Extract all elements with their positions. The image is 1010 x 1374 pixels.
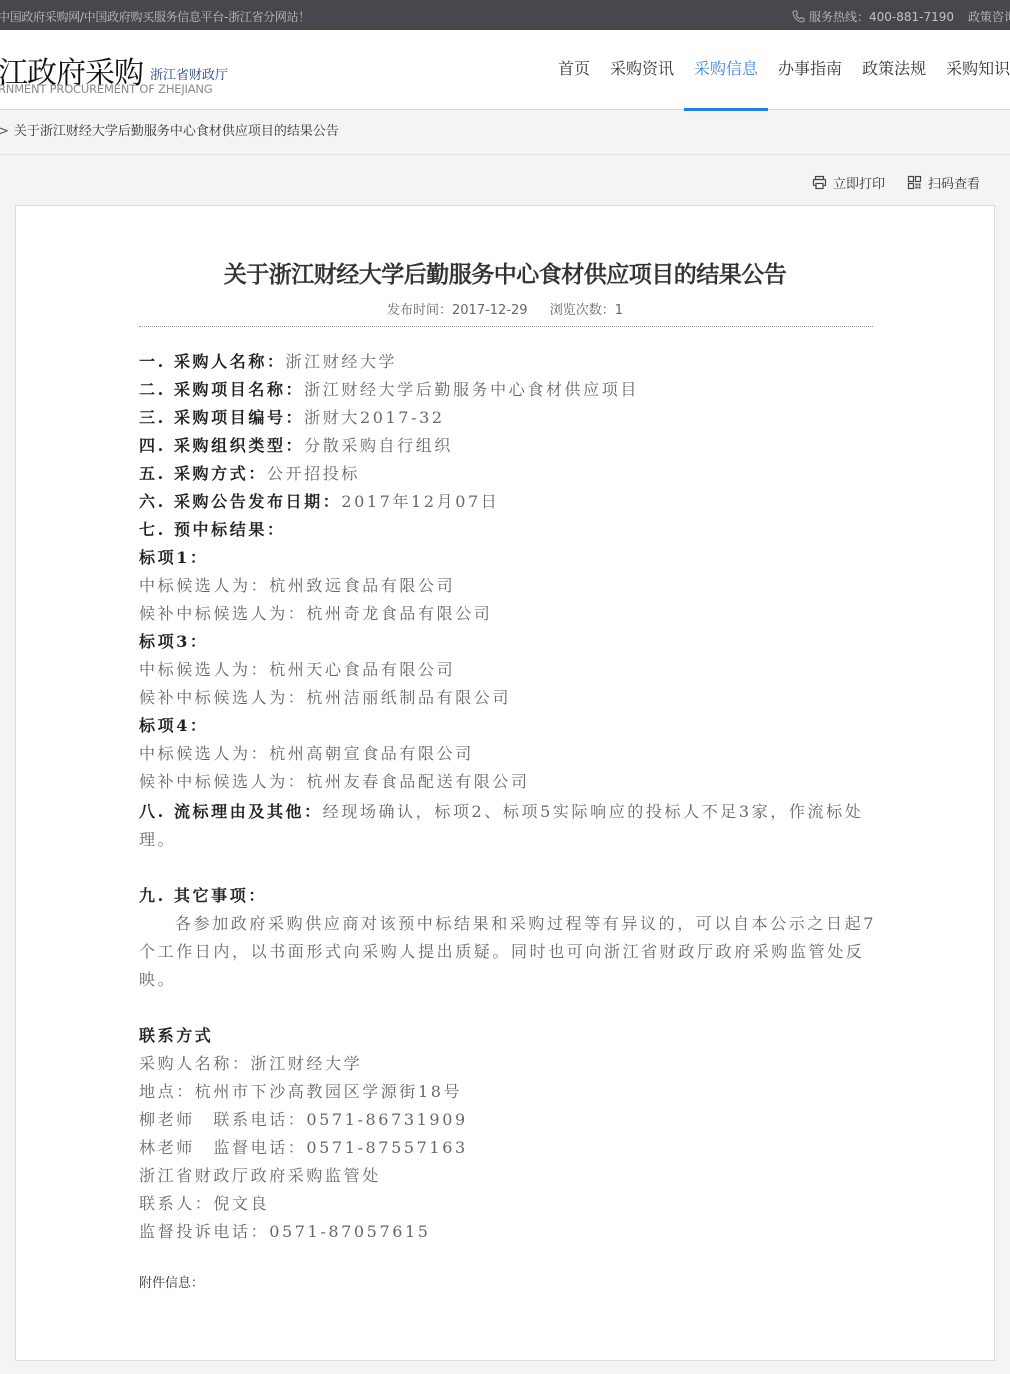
section-label: 三. 采购项目编号： <box>139 408 304 427</box>
section-value: 浙江财经大学后勤服务中心食材供应项目 <box>304 380 639 399</box>
section-label: 五. 采购方式： <box>139 464 267 483</box>
article-body: 一. 采购人名称：浙江财经大学 二. 采购项目名称：浙江财经大学后勤服务中心食材… <box>139 348 879 1246</box>
section-label: 六. 采购公告发布日期： <box>139 492 341 511</box>
article-title: 关于浙江财经大学后勤服务中心食材供应项目的结果公告 <box>16 256 994 289</box>
site-slogan: 中国政府采购网/中国政府购买服务信息平台-浙江省分网站！ <box>0 8 310 25</box>
article-tools: 立即打印 扫码查看 <box>790 173 980 192</box>
article-meta: 发布时间：2017-12-29 浏览次数：1 <box>16 299 994 318</box>
section-other-value: 各参加政府采购供应商对该预中标结果和采购过程等有异议的，可以自本公示之日起7个工… <box>139 910 879 994</box>
lot-label: 标项4： <box>139 712 879 740</box>
breadcrumb-separator: > <box>0 124 9 139</box>
hotline-text: 服务热线：400-881-7190 <box>809 8 954 25</box>
view-count: 浏览次数：1 <box>550 303 623 318</box>
contact-line: 联系人：倪文良 <box>139 1190 879 1218</box>
section-label: 二. 采购项目名称： <box>139 380 304 399</box>
section-label: 一. 采购人名称： <box>139 352 286 371</box>
qrcode-icon <box>907 175 922 190</box>
lot-label: 标项1： <box>139 544 879 572</box>
nav-item-news[interactable]: 采购资讯 <box>600 30 684 110</box>
lot-alternate: 候补中标候选人为：杭州奇龙食品有限公司 <box>139 600 879 628</box>
section-label: 七. 预中标结果： <box>139 520 286 539</box>
contact-line: 采购人名称：浙江财经大学 <box>139 1050 879 1078</box>
policy-consult-link[interactable]: 政策咨询 <box>968 8 1010 25</box>
publish-time: 发布时间：2017-12-29 <box>387 303 528 318</box>
section-purchaser: 一. 采购人名称：浙江财经大学 <box>139 348 879 376</box>
qrcode-button[interactable]: 扫码查看 <box>907 173 980 192</box>
qrcode-label: 扫码查看 <box>928 173 980 192</box>
contact-line: 林老师 监督电话：0571-87557163 <box>139 1134 879 1162</box>
lot-winner: 中标候选人为：杭州高朝宣食品有限公司 <box>139 740 879 768</box>
nav-item-knowledge[interactable]: 采购知识 <box>936 30 1010 110</box>
section-label: 四. 采购组织类型： <box>139 436 304 455</box>
printer-icon <box>812 175 827 190</box>
section-value: 分散采购自行组织 <box>304 436 453 455</box>
nav-item-procurement-info[interactable]: 采购信息 <box>684 30 768 110</box>
site-header: 江政府采购 浙江省财政厅 RNMENT PROCUREMENT OF ZHEJI… <box>0 30 1010 110</box>
lot-alternate: 候补中标候选人为：杭州洁丽纸制品有限公司 <box>139 684 879 712</box>
contact-line: 柳老师 联系电话：0571-86731909 <box>139 1106 879 1134</box>
section-value: 浙江财经大学 <box>286 352 398 371</box>
section-project-name: 二. 采购项目名称：浙江财经大学后勤服务中心食材供应项目 <box>139 376 879 404</box>
contact-line: 地点：杭州市下沙高教园区学源街18号 <box>139 1078 879 1106</box>
phone-icon <box>792 10 805 23</box>
section-publish-date: 六. 采购公告发布日期：2017年12月07日 <box>139 488 879 516</box>
print-label: 立即打印 <box>833 173 885 192</box>
section-value: 2017年12月07日 <box>341 492 499 511</box>
section-org-type: 四. 采购组织类型：分散采购自行组织 <box>139 432 879 460</box>
contact-line: 监督投诉电话：0571-87057615 <box>139 1218 879 1246</box>
section-value: 浙财大2017-32 <box>304 408 444 427</box>
contact-line: 浙江省财政厅政府采购监管处 <box>139 1162 879 1190</box>
section-other-label: 九. 其它事项： <box>139 882 879 910</box>
section-value: 公开招投标 <box>267 464 360 483</box>
print-button[interactable]: 立即打印 <box>812 173 885 192</box>
section-label: 八. 流标理由及其他： <box>139 802 323 821</box>
lot-label: 标项3： <box>139 628 879 656</box>
contact-heading: 联系方式 <box>139 1022 879 1050</box>
nav-item-home[interactable]: 首页 <box>548 30 600 110</box>
topbar-right: 服务热线：400-881-7190 政策咨询 <box>792 8 1010 25</box>
main-nav: 首页 采购资讯 采购信息 办事指南 政策法规 采购知识 <box>548 30 1010 110</box>
title-divider <box>139 326 873 327</box>
lot-winner: 中标候选人为：杭州致远食品有限公司 <box>139 572 879 600</box>
lot-winner: 中标候选人为：杭州天心食品有限公司 <box>139 656 879 684</box>
section-method: 五. 采购方式：公开招投标 <box>139 460 879 488</box>
top-bar: 中国政府采购网/中国政府购买服务信息平台-浙江省分网站！ 服务热线：400-88… <box>0 0 1010 30</box>
nav-item-guide[interactable]: 办事指南 <box>768 30 852 110</box>
logo-english: RNMENT PROCUREMENT OF ZHEJIANG <box>0 82 213 96</box>
breadcrumb: >关于浙江财经大学后勤服务中心食材供应项目的结果公告 <box>0 111 1010 155</box>
attachment-label: 附件信息： <box>139 1272 204 1291</box>
logo-subtitle: 浙江省财政厅 <box>150 64 228 83</box>
nav-item-policy[interactable]: 政策法规 <box>852 30 936 110</box>
breadcrumb-current: 关于浙江财经大学后勤服务中心食材供应项目的结果公告 <box>14 124 339 139</box>
lot-alternate: 候补中标候选人为：杭州友春食品配送有限公司 <box>139 768 879 796</box>
section-failed-lots: 八. 流标理由及其他：经现场确认，标项2、标项5实际响应的投标人不足3家，作流标… <box>139 798 879 854</box>
section-results: 七. 预中标结果： <box>139 516 879 544</box>
section-project-number: 三. 采购项目编号：浙财大2017-32 <box>139 404 879 432</box>
article-box: 关于浙江财经大学后勤服务中心食材供应项目的结果公告 发布时间：2017-12-2… <box>15 205 995 1361</box>
